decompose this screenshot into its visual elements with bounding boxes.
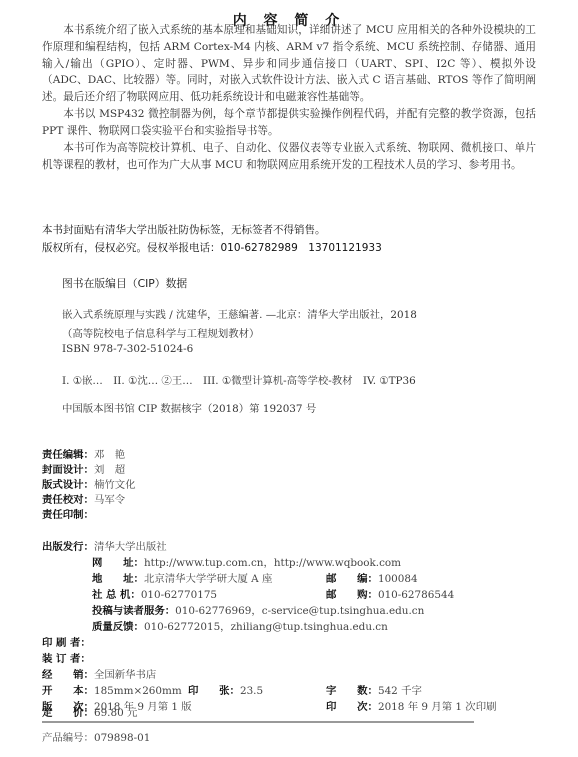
quality-value: 010-62772015，zhiliang@tup.tsinghua.edu.c… — [144, 621, 388, 633]
format-value: 185mm×260mm — [94, 685, 182, 697]
publisher-quality-row: 质量反馈：010-62772015，zhiliang@tup.tsinghua.… — [92, 618, 388, 633]
binder-label: 装 订 者： — [42, 653, 91, 665]
product-number-value: 079898-01 — [94, 732, 150, 744]
publisher-website-row: 网 址：http://www.tup.com.cn，http://www.wqb… — [92, 554, 401, 569]
sheets-value: 23.5 — [240, 685, 263, 697]
credit-label: 版式设计： — [42, 479, 94, 491]
binder-row: 装 订 者： — [42, 650, 91, 665]
product-number-label: 产品编号： — [42, 732, 94, 744]
distributor-row: 经 销：全国新华书店 — [42, 666, 156, 681]
printer-label: 印 刷 者： — [42, 637, 91, 649]
switchboard-label: 社 总 机： — [92, 589, 141, 601]
anti-counterfeit-notice: 本书封面贴有清华大学出版社防伪标签，无标签者不得销售。 — [42, 222, 326, 237]
publisher-name: 清华大学出版社 — [94, 541, 167, 553]
service-value: 010-62776969，c-service@tup.tsinghua.edu.… — [175, 605, 424, 617]
address-value: 北京清华大学学研大厦 A 座 — [144, 573, 272, 585]
credit-value: 邓 艳 — [94, 449, 125, 461]
publisher-switchboard-row: 社 总 机：010-62770175 — [92, 586, 217, 601]
credit-value: 楠竹文化 — [94, 479, 136, 491]
publisher-service-row: 投稿与读者服务：010-62776969，c-service@tup.tsing… — [92, 602, 424, 617]
price-label: 定 价： — [42, 707, 94, 719]
impression-value: 2018 年 9 月第 1 次印刷 — [378, 701, 497, 713]
word-count-label: 字 数： — [326, 685, 378, 697]
cip-classification: I. ①嵌… II. ①沈… ②王… III. ①微型计算机-高等学校-教材 I… — [62, 372, 416, 387]
quality-label: 质量反馈： — [92, 621, 144, 633]
price-row: 定 价：69.80 元 — [42, 704, 137, 719]
cip-record-number: 中国版本图书馆 CIP 数据核字（2018）第 192037 号 — [62, 400, 316, 415]
copyright-notice: 版权所有，侵权必究。侵权举报电话：010-62782989 1370112193… — [42, 240, 382, 255]
zip-value: 100084 — [378, 573, 418, 585]
mail-order-value: 010-62786544 — [378, 589, 454, 601]
service-label: 投稿与读者服务： — [92, 605, 175, 617]
credit-cover-design: 封面设计：刘 超 — [42, 461, 125, 476]
cip-series-line: （高等院校电子信息科学与工程规划教材） — [62, 325, 259, 340]
credit-label: 封面设计： — [42, 464, 94, 476]
word-count-row: 字 数：542 千字 — [326, 682, 422, 697]
credit-value: 刘 超 — [94, 464, 125, 476]
word-count-value: 542 千字 — [378, 685, 422, 697]
format-label: 开 本： — [42, 685, 94, 697]
credit-layout-design: 版式设计：楠竹文化 — [42, 476, 136, 491]
switchboard-value: 010-62770175 — [141, 589, 217, 601]
credit-label: 责任印制： — [42, 509, 94, 521]
credit-proofreader: 责任校对：马军令 — [42, 491, 125, 506]
price-value: 69.80 元 — [94, 707, 137, 719]
divider-rule — [42, 721, 474, 723]
mail-order-label: 邮 购： — [326, 589, 378, 601]
product-number-row: 产品编号：079898-01 — [42, 729, 150, 744]
address-label: 地 址： — [92, 573, 144, 585]
cip-isbn: ISBN 978-7-302-51024-6 — [62, 343, 193, 355]
website-value: http://www.tup.com.cn，http://www.wqbook.… — [144, 557, 401, 569]
publisher-label: 出版发行： — [42, 541, 94, 553]
credit-label: 责任编辑： — [42, 449, 94, 461]
credit-printing: 责任印制： — [42, 506, 94, 521]
format-row: 开 本：185mm×260mm — [42, 682, 182, 697]
zip-label: 邮 编： — [326, 573, 378, 585]
credit-value: 马军令 — [94, 494, 125, 506]
publisher-mail-order-row: 邮 购：010-62786544 — [326, 586, 454, 601]
credit-editor: 责任编辑：邓 艳 — [42, 446, 125, 461]
publisher-row: 出版发行：清华大学出版社 — [42, 538, 167, 553]
sheets-row: 印 张：23.5 — [188, 682, 263, 697]
printer-row: 印 刷 者： — [42, 634, 91, 649]
sheets-label: 印 张： — [188, 685, 240, 697]
cip-title-line: 嵌入式系统原理与实践 / 沈建华，王慈编著. —北京：清华大学出版社，2018 — [62, 306, 417, 321]
summary-paragraph-3: 本书可作为高等院校计算机、电子、自动化、仪器仪表等专业嵌入式系统、物联网、微机接… — [42, 140, 536, 174]
impression-label: 印 次： — [326, 701, 378, 713]
publisher-address-row: 地 址：北京清华大学学研大厦 A 座 — [92, 570, 272, 585]
website-label: 网 址： — [92, 557, 144, 569]
impression-row: 印 次：2018 年 9 月第 1 次印刷 — [326, 698, 496, 713]
distributor-value: 全国新华书店 — [94, 669, 156, 681]
publisher-zip-row: 邮 编：100084 — [326, 570, 418, 585]
cip-heading: 图书在版编目（CIP）数据 — [62, 276, 187, 291]
credit-label: 责任校对： — [42, 494, 94, 506]
distributor-label: 经 销： — [42, 669, 94, 681]
summary-paragraph-1: 本书系统介绍了嵌入式系统的基本原理和基础知识，详细讲述了 MCU 应用相关的各种… — [42, 22, 536, 106]
summary-paragraph-2: 本书以 MSP432 微控制器为例，每个章节都提供实验操作例程代码，并配有完整的… — [42, 106, 536, 140]
